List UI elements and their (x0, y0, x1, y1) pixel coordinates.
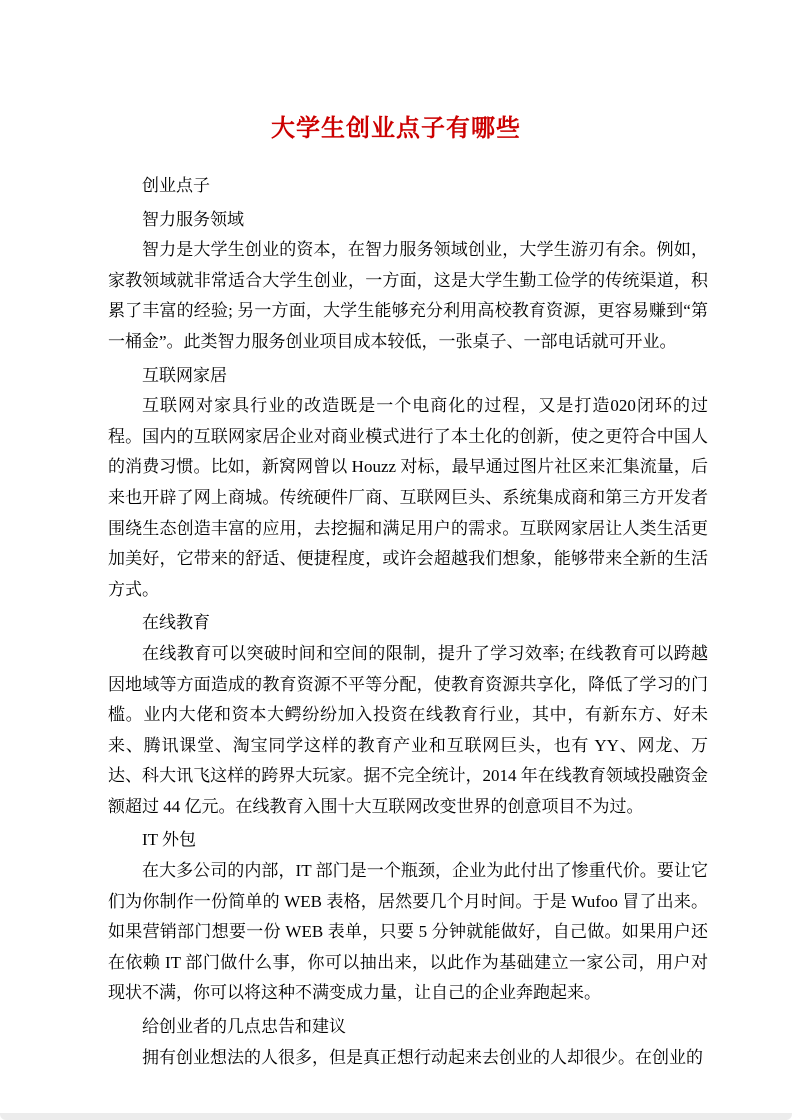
document-body: 创业点子智力服务领域智力是大学生创业的资本，在智力服务领域创业，大学生游刃有余。… (108, 171, 708, 1073)
body-paragraph: 拥有创业想法的人很多，但是真正想行动起来去创业的人却很少。在创业的 (108, 1043, 708, 1074)
body-paragraph: 在大多公司的内部，IT 部门是一个瓶颈，企业为此付出了惨重代价。要让它们为你制作… (108, 856, 708, 1009)
page-title: 大学生创业点子有哪些 (0, 0, 792, 146)
section-heading: 创业点子 (108, 171, 708, 202)
body-paragraph: 在线教育可以突破时间和空间的限制，提升了学习效率; 在线教育可以跨越因地域等方面… (108, 639, 708, 823)
section-heading: 在线教育 (108, 608, 708, 639)
page-bottom-edge (0, 1113, 792, 1120)
section-heading: 互联网家居 (108, 361, 708, 392)
section-heading: 给创业者的几点忠告和建议 (108, 1012, 708, 1043)
section-heading: 智力服务领域 (108, 205, 708, 236)
document-page: 大学生创业点子有哪些 创业点子智力服务领域智力是大学生创业的资本，在智力服务领域… (0, 0, 792, 1120)
body-paragraph: 智力是大学生创业的资本，在智力服务领域创业，大学生游刃有余。例如，家教领域就非常… (108, 235, 708, 357)
body-paragraph: 互联网对家具行业的改造既是一个电商化的过程，又是打造020闭环的过程。国内的互联… (108, 391, 708, 605)
section-heading: IT 外包 (108, 825, 708, 856)
